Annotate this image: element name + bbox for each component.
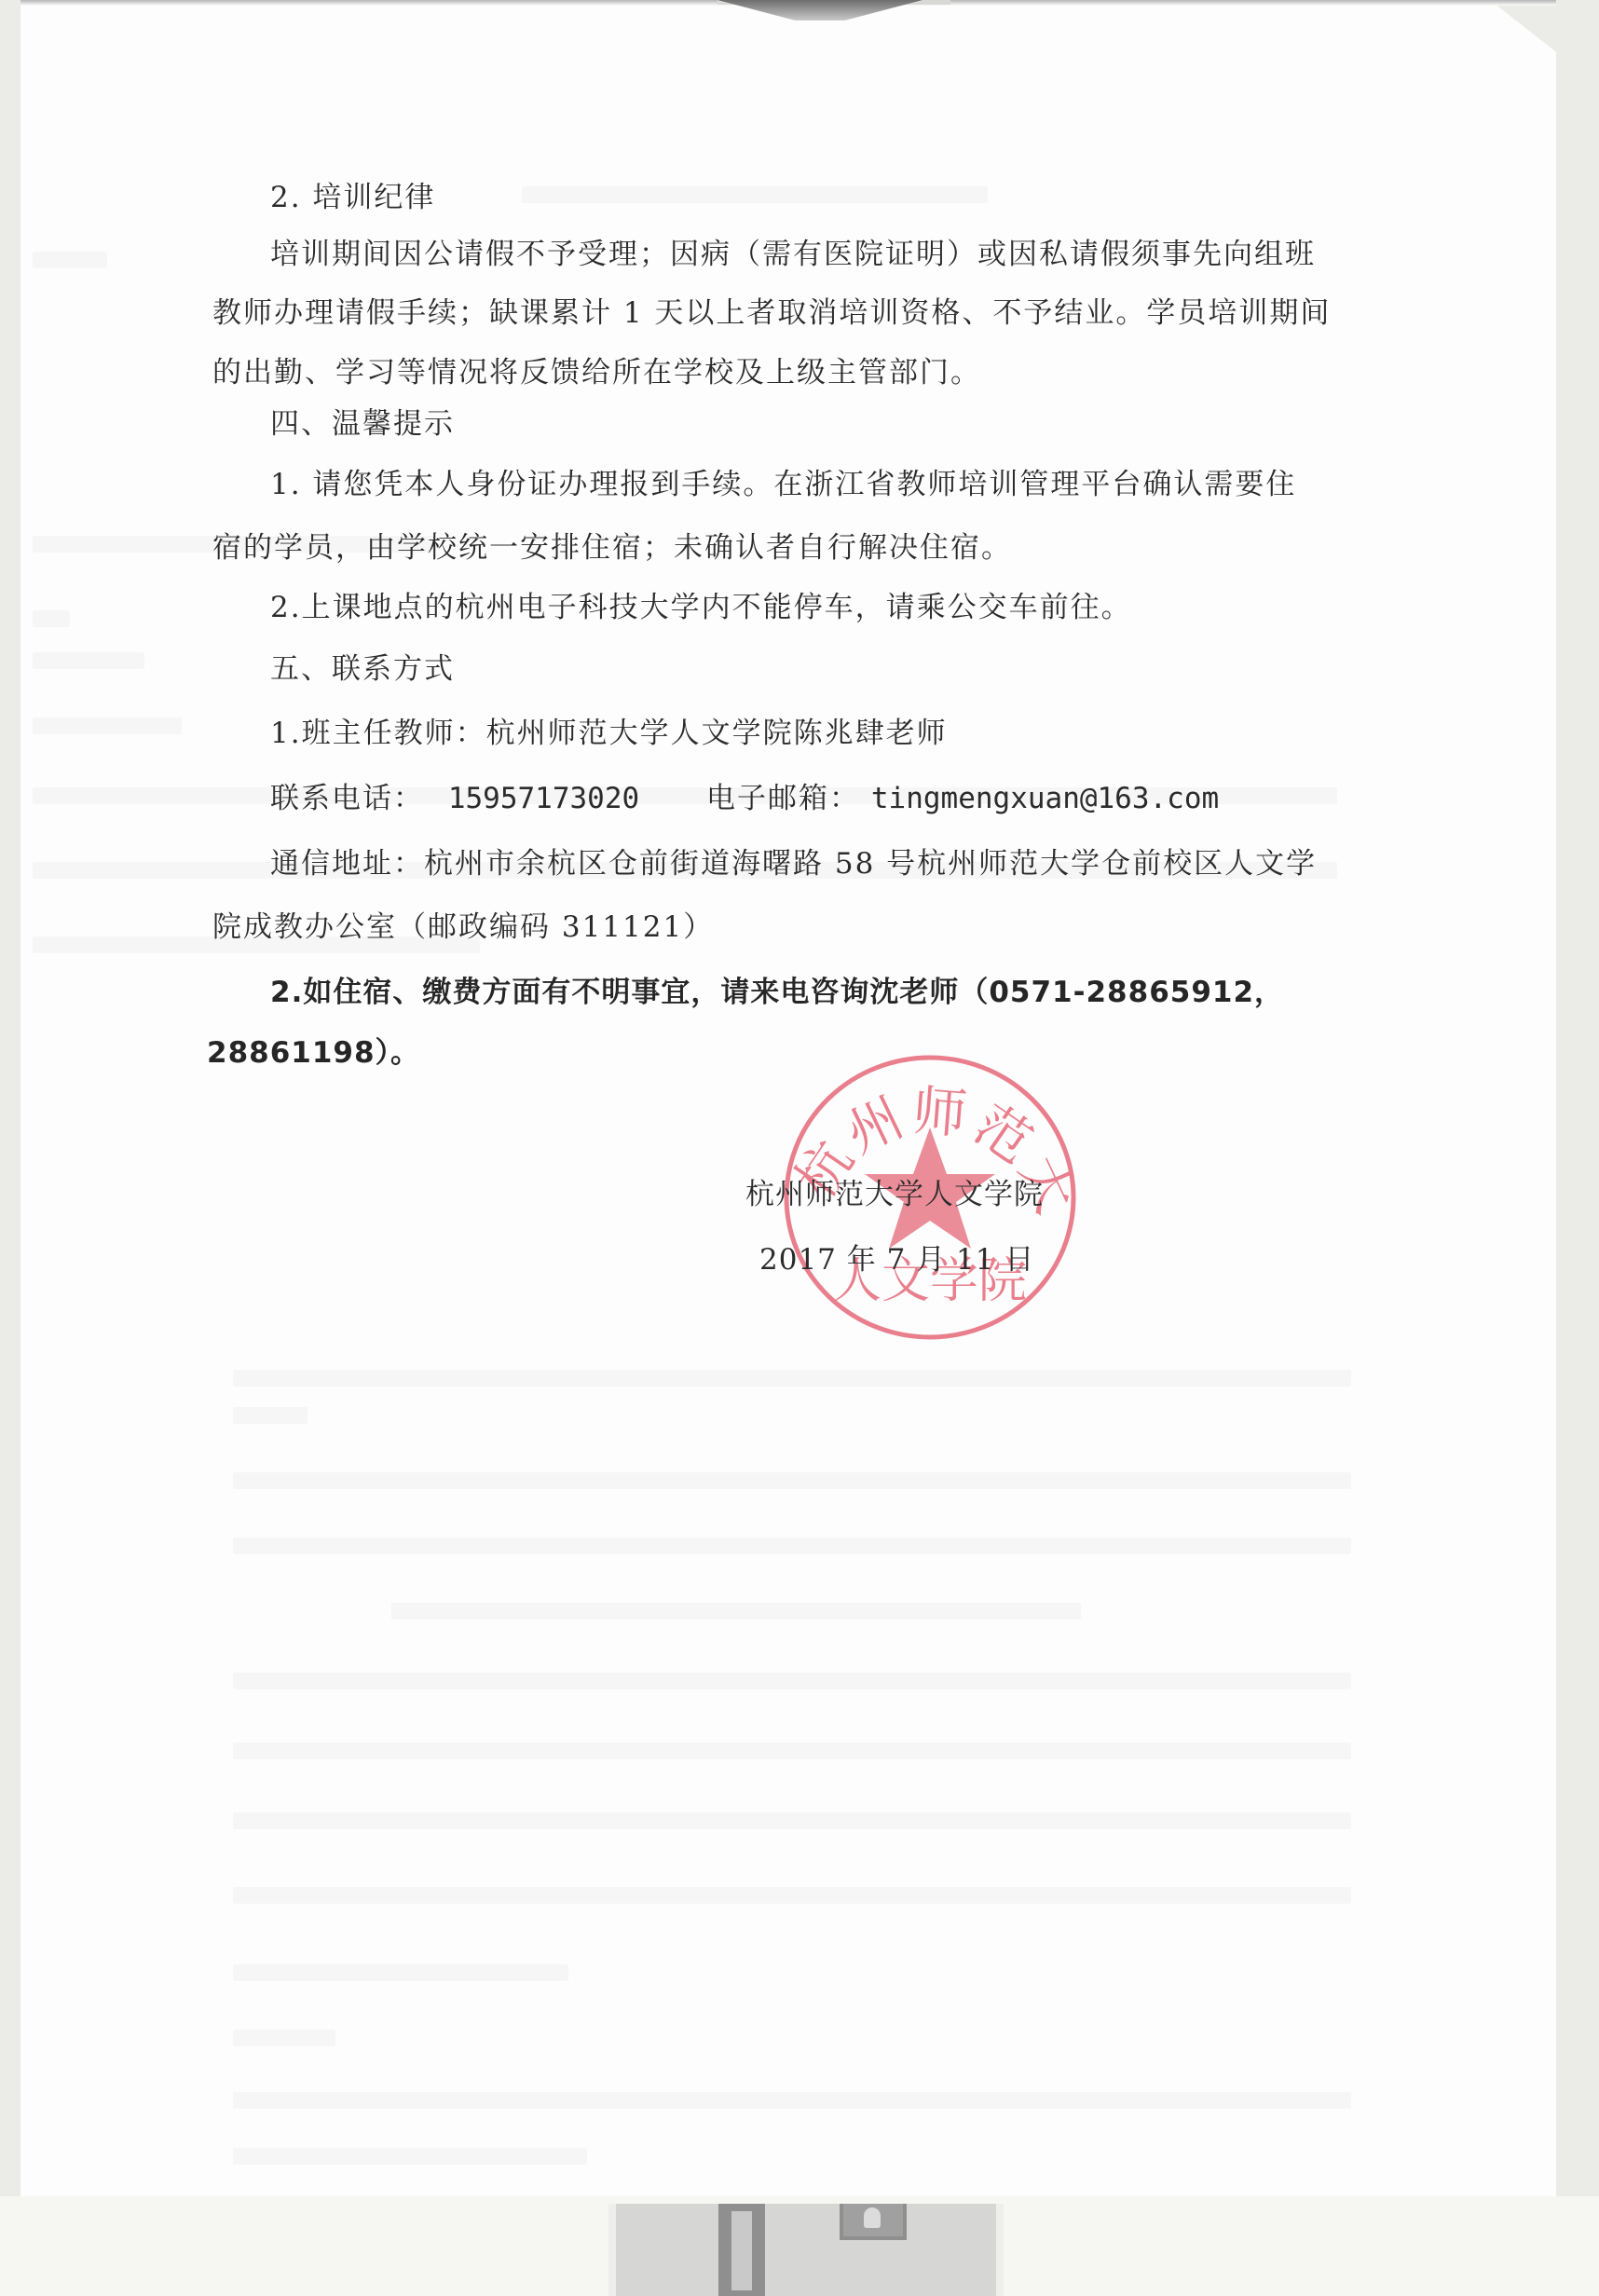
heading-discipline: 2. 培训纪律 — [270, 179, 435, 216]
signature-date: 2017 年 7 月 11 日 — [759, 1241, 1034, 1278]
heading-contact: 五、联系方式 — [270, 650, 455, 688]
paragraph-line: 2.上课地点的杭州电子科技大学内不能停车，请乘公交车前往。 — [270, 589, 1132, 626]
email-label: 电子邮箱： — [706, 782, 860, 815]
contact-address: 院成教办公室（邮政编码 311121） — [212, 909, 714, 946]
heading-tips: 四、温馨提示 — [270, 405, 455, 443]
email-address: tingmengxuan@163.com — [871, 782, 1219, 815]
signature-organization: 杭州师范大学人文学院 — [745, 1176, 1044, 1213]
contact-teacher: 1.班主任教师：杭州师范大学人文学院陈兆肆老师 — [270, 715, 948, 752]
phone-label: 联系电话： — [270, 782, 424, 815]
lock-icon — [840, 2204, 907, 2240]
inquiry-note: 28861198）。 — [207, 1034, 420, 1072]
paragraph-line: 的出勤、学习等情况将反馈给所在学校及上级主管部门。 — [212, 354, 981, 391]
paragraph-line: 培训期间因公请假不予受理；因病（需有医院证明）或因私请假须事先向组班 — [270, 236, 1316, 273]
paragraph-line: 1. 请您凭本人身份证办理报到手续。在浙江省教师培训管理平台确认需要住 — [270, 466, 1296, 503]
paragraph-line: 宿的学员，由学校统一安排住宿；未确认者自行解决住宿。 — [212, 529, 1012, 567]
inquiry-note: 2.如住宿、缴费方面有不明事宜，请来电咨询沈老师（0571-28865912， — [270, 974, 1284, 1011]
paragraph-line: 教师办理请假手续；缺课累计 1 天以上者取消培训资格、不予结业。学员培训期间 — [212, 294, 1331, 332]
contact-address: 通信地址：杭州市余杭区仓前街道海曙路 58 号杭州师范大学仓前校区人文学 — [270, 845, 1317, 882]
contact-phone-row: 联系电话： 15957173020 电子邮箱： tingmengxuan@163… — [270, 780, 1219, 817]
phone-number: 15957173020 — [448, 782, 639, 815]
film-strip-icon — [718, 2204, 765, 2296]
scanner-bed-graphic — [608, 2204, 1004, 2296]
